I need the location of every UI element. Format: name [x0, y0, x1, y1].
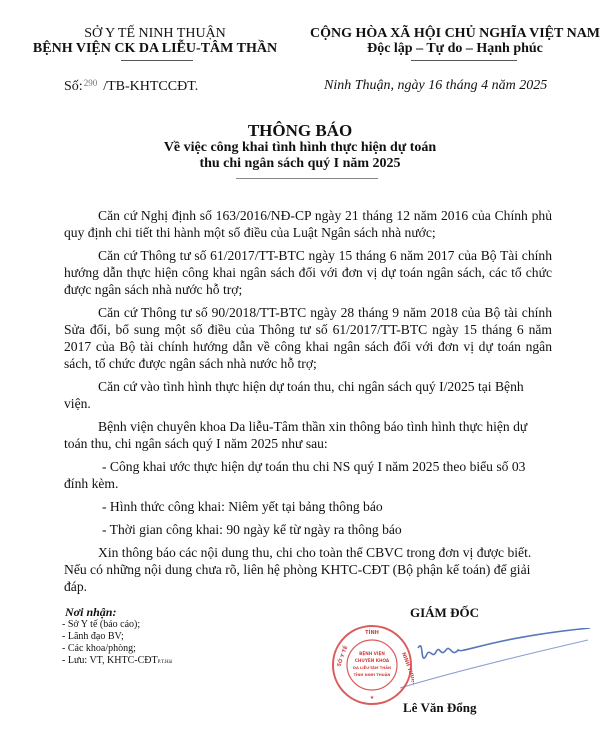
- document-number-suffix: /TB-KHTCCĐT.: [103, 79, 198, 94]
- document-title-block: THÔNG BÁO Về việc công khai tình hình th…: [120, 122, 480, 172]
- recipient-item: - Sở Y tế (báo cáo);: [62, 619, 172, 631]
- bullet-item: - Công khai ước thực hiện dự toán thu ch…: [64, 458, 552, 492]
- issue-date: Ninh Thuận, ngày 16 tháng 4 năm 2025: [324, 78, 547, 94]
- document-number: Số:290/TB-KHTCCĐT.: [64, 78, 198, 95]
- svg-text:DA LIỄU-TÂM THẦN: DA LIỄU-TÂM THẦN: [353, 665, 391, 670]
- legal-basis-paragraph: Căn cứ Nghị định số 163/2016/NĐ-CP ngày …: [64, 207, 552, 241]
- legal-basis-paragraph: Căn cứ vào tình hình thực hiện dự toán t…: [64, 378, 552, 412]
- recipients-heading: Nơi nhận:: [65, 605, 172, 619]
- national-motto: Độc lập – Tự do – Hạnh phúc: [310, 41, 600, 56]
- recipient-item: - Lãnh đạo BV;: [62, 631, 172, 643]
- bullet-item: - Thời gian công khai: 90 ngày kể từ ngà…: [64, 521, 552, 538]
- issuing-authority-block: SỞ Y TẾ NINH THUẬN BỆNH VIỆN CK DA LIỄU-…: [20, 26, 290, 56]
- svg-text:TỈNH NINH THUẬN: TỈNH NINH THUẬN: [354, 672, 391, 677]
- ministry-name: SỞ Y TẾ NINH THUẬN: [20, 26, 290, 41]
- recipients-block: Nơi nhận: - Sở Y tế (báo cáo); - Lãnh đạ…: [62, 605, 172, 669]
- legal-basis-paragraph: Căn cứ Thông tư số 90/2018/TT-BTC ngày 2…: [64, 304, 552, 372]
- signer-title: GIÁM ĐỐC: [410, 605, 479, 621]
- announcement-paragraph: Bệnh viện chuyên khoa Da liễu-Tâm thần x…: [64, 418, 552, 452]
- recipient-item: - Lưu: VT, KHTC-CĐTP.T.Hải: [62, 655, 172, 669]
- bullet-item: - Hình thức công khai: Niêm yết tại bảng…: [64, 498, 552, 515]
- country-name: CỘNG HÒA XÃ HỘI CHỦ NGHĨA VIỆT NAM: [310, 26, 600, 41]
- document-number-prefix: Số:: [64, 79, 83, 94]
- organization-name: BỆNH VIỆN CK DA LIỄU-TÂM THẦN: [20, 41, 290, 56]
- recipient-item: - Các khoa/phòng;: [62, 643, 172, 655]
- national-heading-block: CỘNG HÒA XÃ HỘI CHỦ NGHĨA VIỆT NAM Độc l…: [310, 26, 600, 56]
- document-number-value: 290: [84, 78, 98, 88]
- title-divider: [236, 178, 378, 179]
- document-title: THÔNG BÁO: [120, 122, 480, 140]
- drafter-initials: P.T.Hải: [158, 660, 173, 665]
- signer-name: Lê Văn Đổng: [403, 700, 476, 716]
- archive-recipient: - Lưu: VT, KHTC-CĐT: [62, 655, 158, 666]
- svg-text:BỆNH VIỆN: BỆNH VIỆN: [359, 651, 385, 656]
- svg-text:TỈNH: TỈNH: [365, 628, 379, 636]
- legal-basis-paragraph: Căn cứ Thông tư số 61/2017/TT-BTC ngày 1…: [64, 247, 552, 298]
- document-subtitle-line-2: thu chi ngân sách quý I năm 2025: [120, 156, 480, 172]
- handwritten-signature-icon: [390, 628, 590, 698]
- official-seal-icon: TỈNH SỞ Y TẾ NINH THUẬN BỆNH VIỆN CHUYÊN…: [330, 623, 414, 707]
- svg-text:CHUYÊN KHOA: CHUYÊN KHOA: [355, 658, 390, 663]
- document-body: Căn cứ Nghị định số 163/2016/NĐ-CP ngày …: [64, 207, 552, 601]
- svg-text:★: ★: [370, 695, 375, 701]
- motto-underline: [411, 60, 517, 61]
- organization-underline: [121, 60, 193, 61]
- closing-paragraph: Xin thông báo các nội dung thu, chi cho …: [64, 544, 552, 595]
- document-subtitle-line-1: Về việc công khai tình hình thực hiện dự…: [120, 140, 480, 156]
